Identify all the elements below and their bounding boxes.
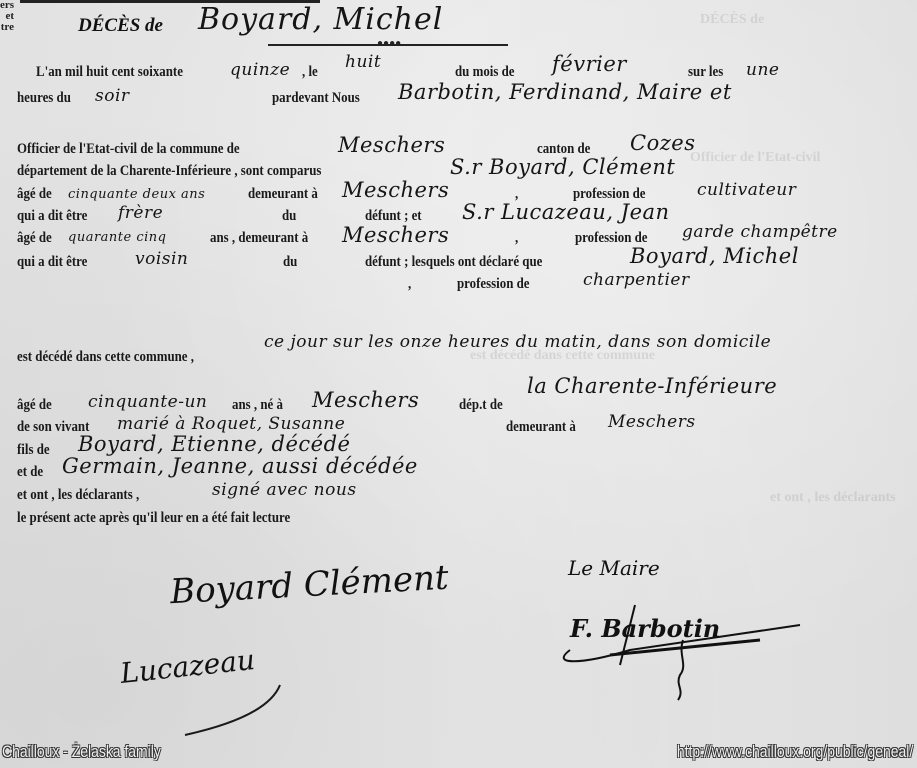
mayor-label: Le Maire — [568, 556, 660, 580]
handwritten-relation2: voisin — [135, 249, 188, 269]
handwritten-officer-name: Barbotin, Ferdinand, Maire et — [398, 80, 732, 104]
printed-text: demeurant à — [248, 186, 318, 203]
handwritten-birth-department: la Charente-Inférieure — [527, 374, 777, 398]
printed-text: du — [282, 208, 296, 225]
handwritten-month: février — [552, 52, 627, 76]
handwritten-birthplace: Meschers — [312, 388, 419, 412]
mayor-signature-flourish — [550, 595, 810, 705]
handwritten-age3: cinquante-un — [88, 392, 207, 412]
handwritten-father: Boyard, Etienne, décédé — [78, 432, 350, 456]
handwritten-commune: Meschers — [338, 133, 445, 157]
underline-ornament: ●●●● — [377, 38, 401, 49]
handwritten-profession1: cultivateur — [697, 180, 796, 200]
handwritten-deceased-name: Boyard, Michel — [630, 244, 799, 268]
handwritten-time-and-place: ce jour sur les onze heures du matin, da… — [264, 332, 771, 352]
printed-text: du mois de — [455, 64, 515, 81]
printed-text: heures du — [17, 90, 71, 107]
handwritten-witness2: S.r Lucazeau, Jean — [462, 200, 670, 224]
handwritten-residence1: Meschers — [342, 178, 449, 202]
printed-text: , le — [302, 64, 318, 81]
document-scan: DÉCÈS de Officier de l'Etat-civil est dé… — [0, 0, 917, 768]
printed-text: profession de — [457, 276, 530, 293]
printed-text: et de — [17, 464, 43, 481]
printed-text: sur les — [688, 64, 723, 81]
bleed-through-text: DÉCÈS de — [700, 12, 764, 28]
printed-text: Officier de l'Etat-civil de la commune d… — [17, 141, 240, 158]
printed-text: âgé de — [17, 186, 52, 203]
printed-text: fils de — [17, 442, 50, 459]
footer-family-credit: Chailloux - Żelaska family — [2, 742, 161, 762]
printed-text: qui a dit être — [17, 208, 87, 225]
printed-text: du — [283, 254, 297, 271]
handwritten-age1: cinquante deux ans — [68, 187, 205, 202]
printed-text: département de la Charente-Inférieure , … — [17, 163, 321, 180]
signature-flourish — [160, 680, 290, 740]
printed-text: le présent acte après qu'il leur en a ét… — [17, 510, 290, 527]
printed-text: demeurant à — [506, 419, 576, 436]
record-type-label: DÉCÈS de — [78, 15, 163, 37]
printed-text: dép.t de — [459, 397, 503, 414]
printed-text: L'an mil huit cent soixante — [36, 64, 183, 81]
deceased-name-title: Boyard, Michel — [198, 2, 443, 37]
printed-text: ans , né à — [232, 397, 283, 414]
handwritten-profession2: garde champêtre — [682, 222, 838, 242]
signature-witness1: Boyard Clément — [169, 558, 449, 613]
printed-text: pardevant Nous — [272, 90, 360, 107]
footer-url[interactable]: http://www.chailloux.org/public/geneal/ — [677, 742, 913, 762]
margin-note-line: tre — [0, 22, 14, 33]
printed-text: est décédé dans cette commune , — [17, 349, 194, 366]
handwritten-residence3: Meschers — [608, 412, 696, 432]
printed-text: , — [515, 230, 518, 247]
handwritten-residence2: Meschers — [342, 223, 449, 247]
handwritten-profession3: charpentier — [583, 270, 690, 290]
handwritten-day: huit — [345, 52, 381, 72]
printed-text: et ont , les déclarants , — [17, 487, 139, 504]
printed-text: défunt ; lesquels ont déclaré que — [365, 254, 542, 271]
handwritten-year: quinze — [230, 60, 290, 80]
printed-text: ans , demeurant à — [210, 230, 308, 247]
handwritten-age2: quarante cinq — [68, 230, 166, 245]
bleed-through-text: et ont , les déclarants — [770, 490, 896, 506]
bleed-through-text: Officier de l'Etat-civil — [690, 150, 820, 166]
handwritten-spouse: marié à Roquet, Susanne — [117, 414, 345, 434]
handwritten-time-of-day: soir — [95, 86, 130, 106]
printed-text: qui a dit être — [17, 254, 87, 271]
handwritten-mother: Germain, Jeanne, aussi décédée — [62, 454, 418, 478]
printed-text: âgé de — [17, 397, 52, 414]
handwritten-witness1: S.r Boyard, Clément — [450, 155, 675, 179]
handwritten-canton: Cozes — [630, 131, 695, 155]
margin-note: ers et tre — [0, 0, 14, 33]
printed-text: âgé de — [17, 230, 52, 247]
handwritten-hour: une — [746, 60, 779, 80]
handwritten-signed-note: signé avec nous — [212, 480, 357, 500]
printed-text: , — [408, 276, 411, 293]
handwritten-relation1: frère — [118, 203, 163, 223]
